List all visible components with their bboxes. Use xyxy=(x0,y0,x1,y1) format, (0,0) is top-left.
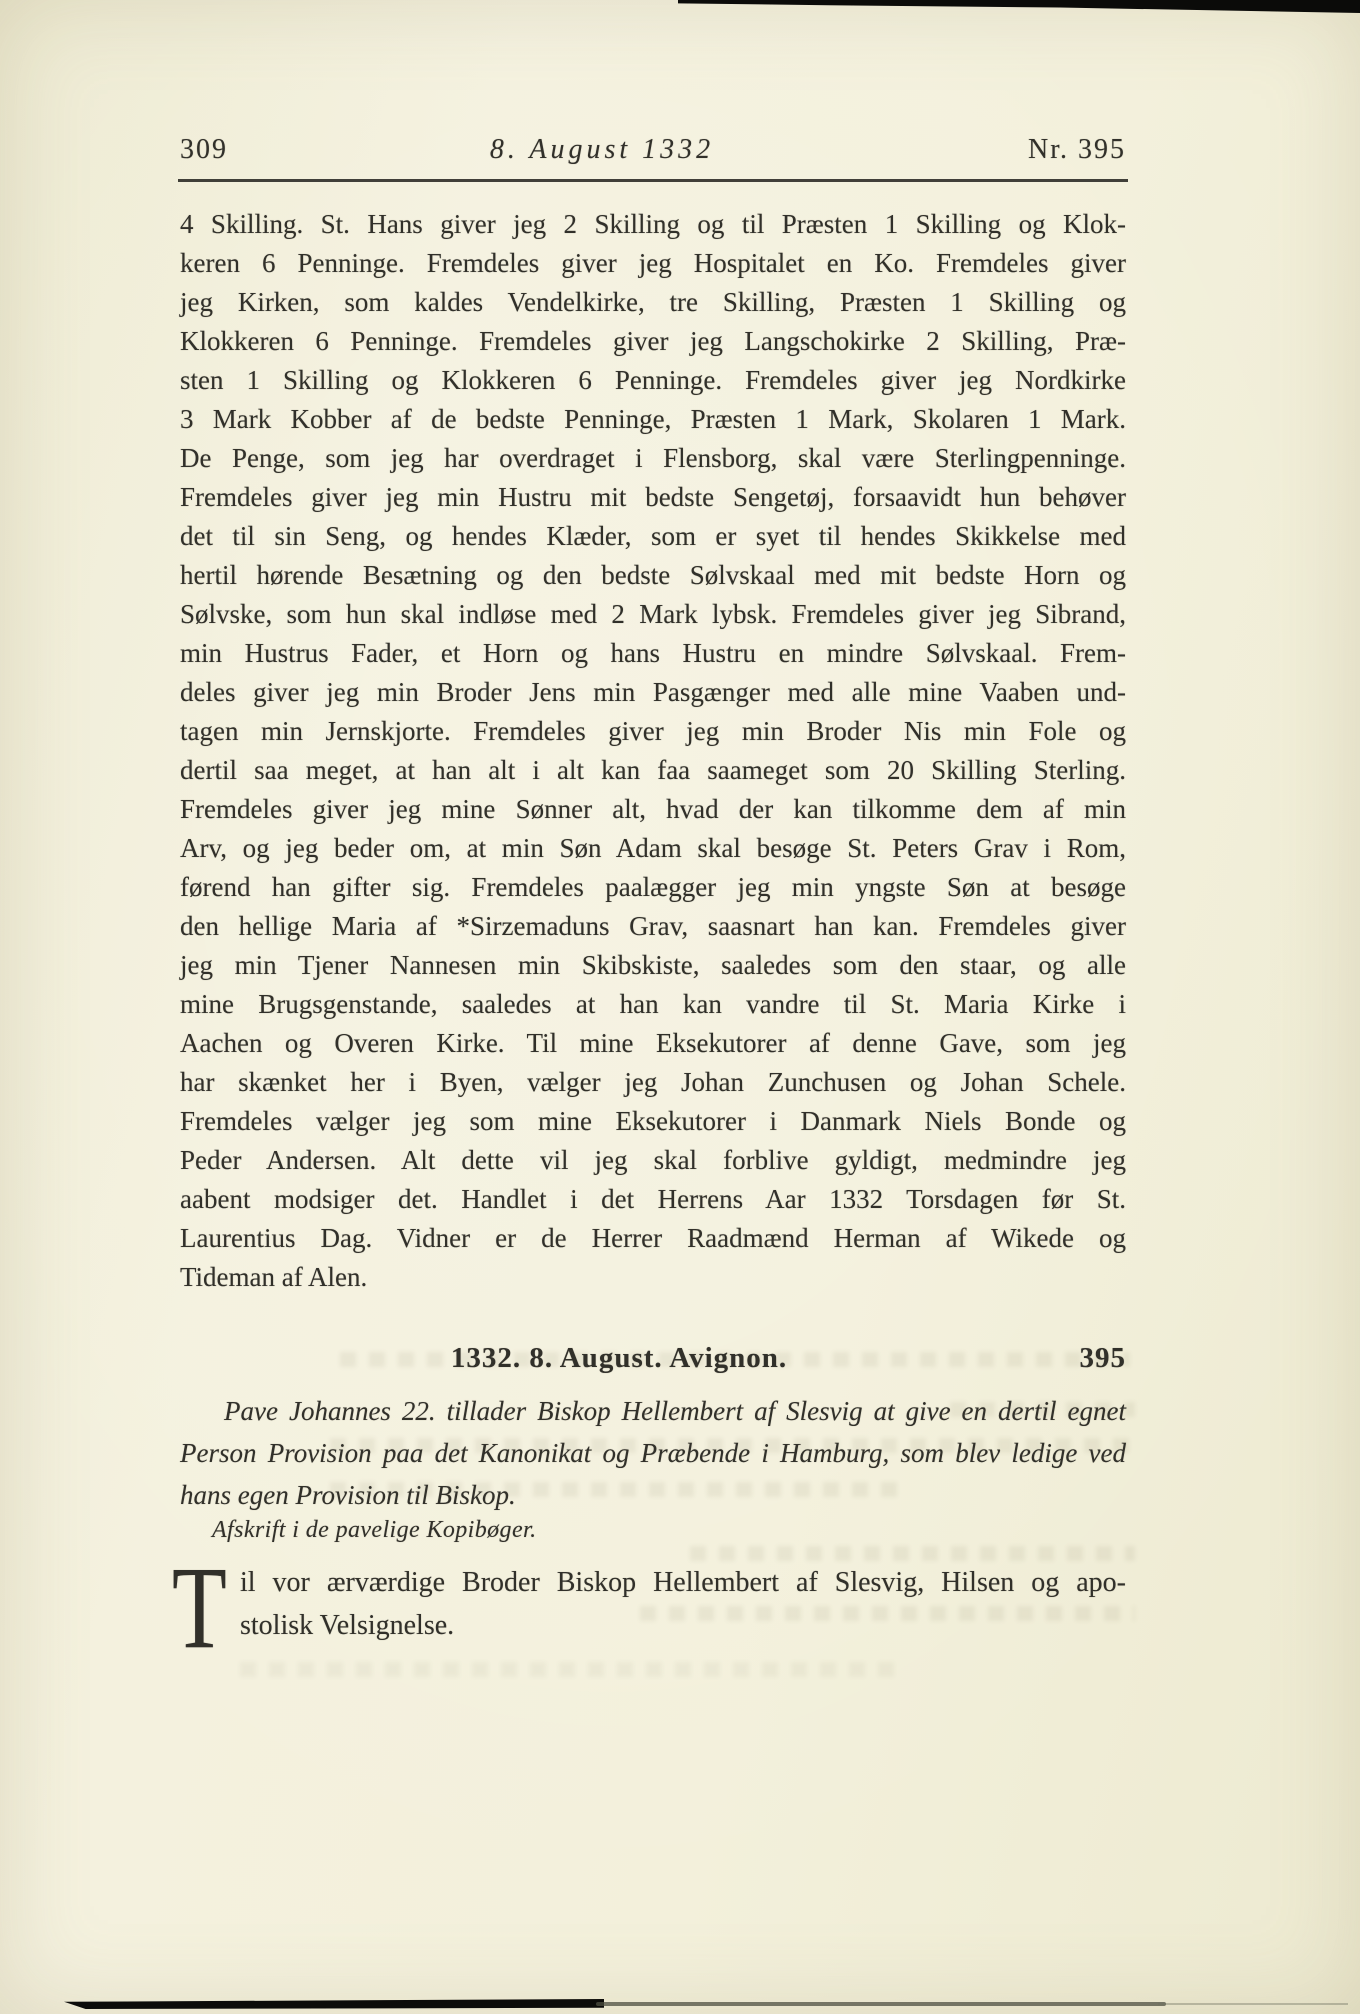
entry-heading-row: 1332. 8. August. Avignon. 395 xyxy=(180,1342,1126,1382)
text-line: Peder Andersen. Alt dette vil jeg skal f… xyxy=(180,1141,1126,1180)
text-line: Tideman af Alen. xyxy=(180,1258,1126,1297)
text-line: sten 1 Skilling og Klokkeren 6 Penninge.… xyxy=(180,361,1126,400)
text-line: dertil saa meget, at han alt i alt kan f… xyxy=(180,751,1126,790)
text-line: jeg min Tjener Nannesen min Skibskiste, … xyxy=(180,946,1126,985)
text-line: det til sin Seng, og hendes Klæder, som … xyxy=(180,517,1126,556)
text-line: keren 6 Penninge. Fremdeles giver jeg Ho… xyxy=(180,244,1126,283)
text-line: min Hustrus Fader, et Horn og hans Hustr… xyxy=(180,634,1126,673)
scan-edge-artifact-bottom-faint xyxy=(1158,2003,1348,2005)
text-line: Fremdeles vælger jeg som mine Eksekutore… xyxy=(180,1102,1126,1141)
text-line: Fremdeles giver jeg mine Sønner alt, hva… xyxy=(180,790,1126,829)
text-line: hertil hørende Besætning og den bedste S… xyxy=(180,556,1126,595)
bleed-through-artifact xyxy=(690,1546,1135,1561)
text-line: Klokkeren 6 Penninge. Fremdeles giver je… xyxy=(180,322,1126,361)
running-head: 309 8. August 1332 Nr. 395 xyxy=(180,134,1126,166)
text-line: Fremdeles giver jeg min Hustru mit bedst… xyxy=(180,478,1126,517)
text-line: stolisk Velsignelse. xyxy=(180,1604,1126,1647)
scanned-book-page: 309 8. August 1332 Nr. 395 4 Skilling. S… xyxy=(0,0,1360,2014)
scan-edge-artifact-bottom-mid xyxy=(596,2002,1166,2006)
text-line: Sølvske, som hun skal indløse med 2 Mark… xyxy=(180,595,1126,634)
text-line: Pave Johannes 22. tillader Biskop Hellem… xyxy=(180,1390,1126,1432)
scan-edge-artifact-bottom xyxy=(64,1999,604,2009)
text-line: 3 Mark Kobber af de bedste Penninge, Præ… xyxy=(180,400,1126,439)
text-line: deles giver jeg min Broder Jens min Pasg… xyxy=(180,673,1126,712)
will-text-block: 4 Skilling. St. Hans giver jeg 2 Skillin… xyxy=(180,205,1126,1297)
source-note: Afskrift i de pavelige Kopibøger. xyxy=(212,1517,537,1544)
page-number: 309 xyxy=(180,134,228,166)
text-line: tagen min Jernskjorte. Fremdeles giver j… xyxy=(180,712,1126,751)
bleed-through-artifact xyxy=(240,1662,900,1677)
document-number-label: Nr. 395 xyxy=(1028,134,1126,166)
text-line: Laurentius Dag. Vidner er de Herrer Raad… xyxy=(180,1219,1126,1258)
text-line: 4 Skilling. St. Hans giver jeg 2 Skillin… xyxy=(180,205,1126,244)
text-line: il vor ærværdige Broder Biskop Hellember… xyxy=(180,1561,1126,1604)
text-line: jeg Kirken, som kaldes Vendelkirke, tre … xyxy=(180,283,1126,322)
entry-summary: Pave Johannes 22. tillader Biskop Hellem… xyxy=(180,1390,1126,1516)
running-head-date: 8. August 1332 xyxy=(490,134,714,166)
entry-number: 395 xyxy=(1080,1342,1127,1375)
letter-opening: T il vor ærværdige Broder Biskop Hellemb… xyxy=(180,1561,1126,1651)
header-rule xyxy=(178,179,1128,182)
text-line: mine Brugsgenstande, saaledes at han kan… xyxy=(180,985,1126,1024)
text-line: hans egen Provision til Biskop. xyxy=(180,1474,1126,1516)
text-line: aabent modsiger det. Handlet i det Herre… xyxy=(180,1180,1126,1219)
drop-cap: T xyxy=(172,1565,216,1651)
text-line: har skænket her i Byen, vælger jeg Johan… xyxy=(180,1063,1126,1102)
scan-edge-artifact-top xyxy=(678,0,1360,13)
text-line: Aachen og Overen Kirke. Til mine Eksekut… xyxy=(180,1024,1126,1063)
text-line: De Penge, som jeg har overdraget i Flens… xyxy=(180,439,1126,478)
text-line: førend han gifter sig. Fremdeles paalægg… xyxy=(180,868,1126,907)
text-line: den hellige Maria af *Sirzemaduns Grav, … xyxy=(180,907,1126,946)
text-line: Person Provision paa det Kanonikat og Pr… xyxy=(180,1432,1126,1474)
text-line: Arv, og jeg beder om, at min Søn Adam sk… xyxy=(180,829,1126,868)
letter-lines: il vor ærværdige Broder Biskop Hellember… xyxy=(180,1561,1126,1647)
entry-heading: 1332. 8. August. Avignon. xyxy=(146,1342,1092,1375)
